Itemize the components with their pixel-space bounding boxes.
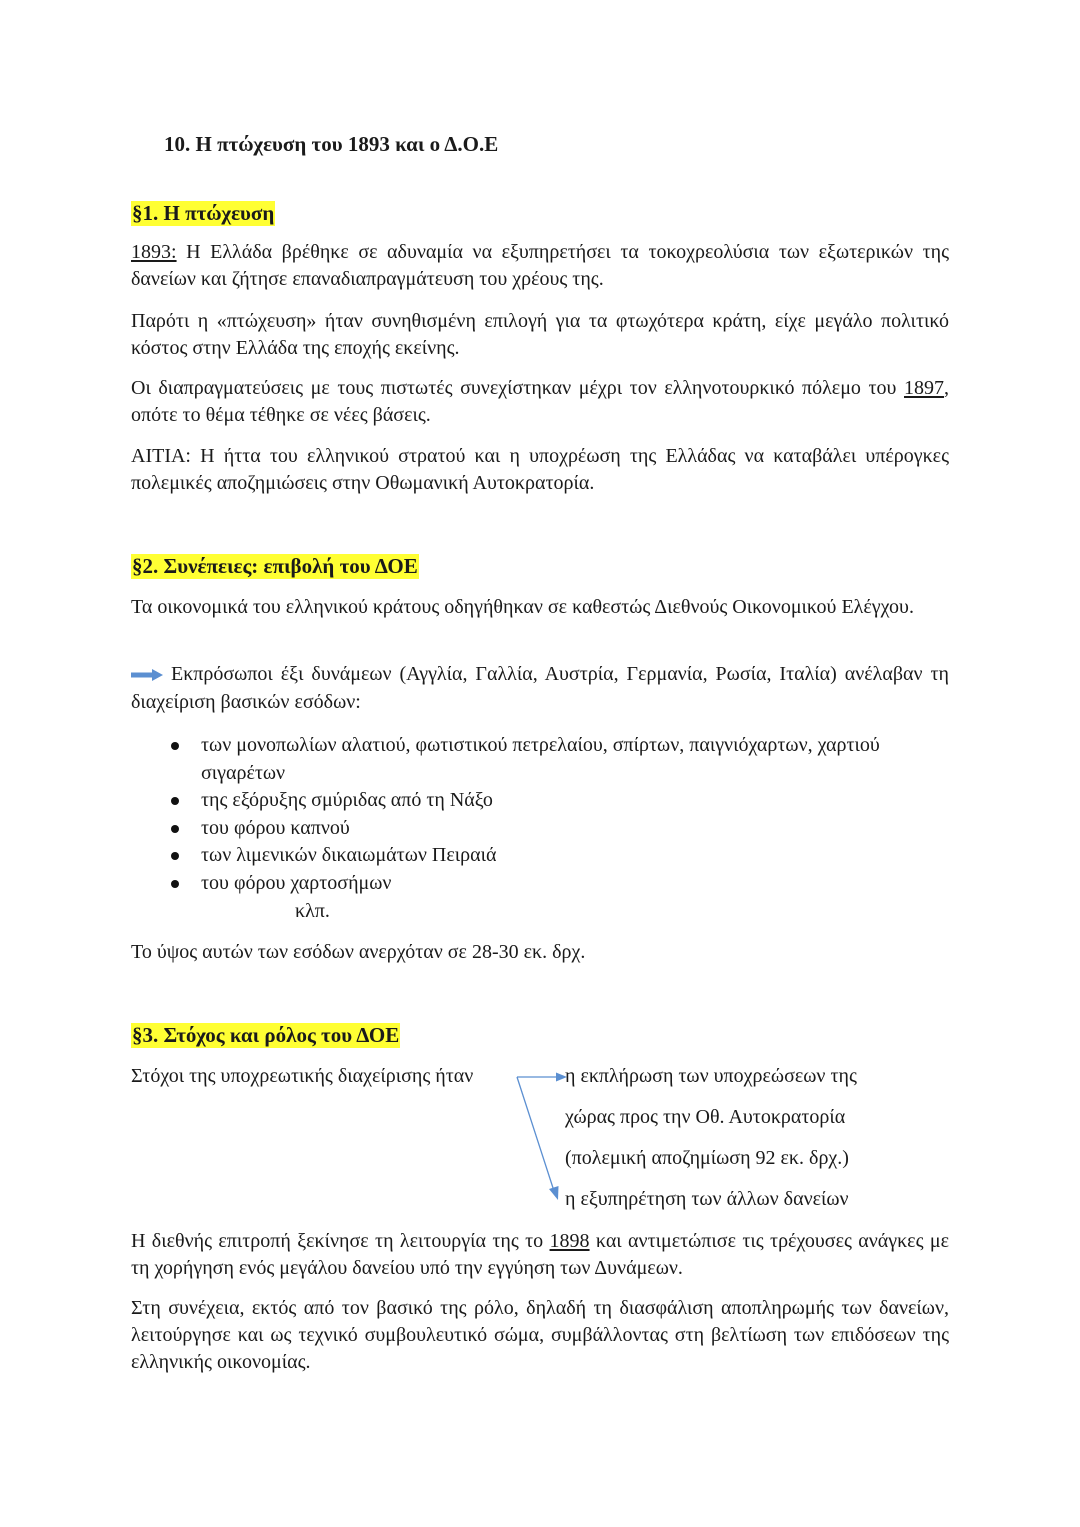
- arrow-head-icon: [549, 1186, 559, 1200]
- document-page: 10. Η πτώχευση του 1893 και ο Δ.Ο.Ε §1. …: [0, 0, 1080, 1527]
- section-3-paragraph-2: Στη συνέχεια, εκτός από τον βασικό της ρ…: [131, 1295, 949, 1376]
- goal-1-line-2: χώρας προς την Οθ. Αυτοκρατορία: [565, 1104, 845, 1131]
- section-3-paragraph-1-text: Η διεθνής επιτροπή ξεκίνησε τη λειτουργί…: [131, 1230, 550, 1252]
- section-3-paragraph-1: Η διεθνής επιτροπή ξεκίνησε τη λειτουργί…: [131, 1228, 949, 1282]
- goal-1-line-1: η εκπλήρωση των υποχρεώσεων της: [565, 1063, 857, 1090]
- date-1898: 1898: [550, 1230, 590, 1252]
- goal-1-line-3: (πολεμική αποζημίωση 92 εκ. δρχ.): [565, 1145, 849, 1172]
- goal-2: η εξυπηρέτηση των άλλων δανείων: [565, 1186, 849, 1213]
